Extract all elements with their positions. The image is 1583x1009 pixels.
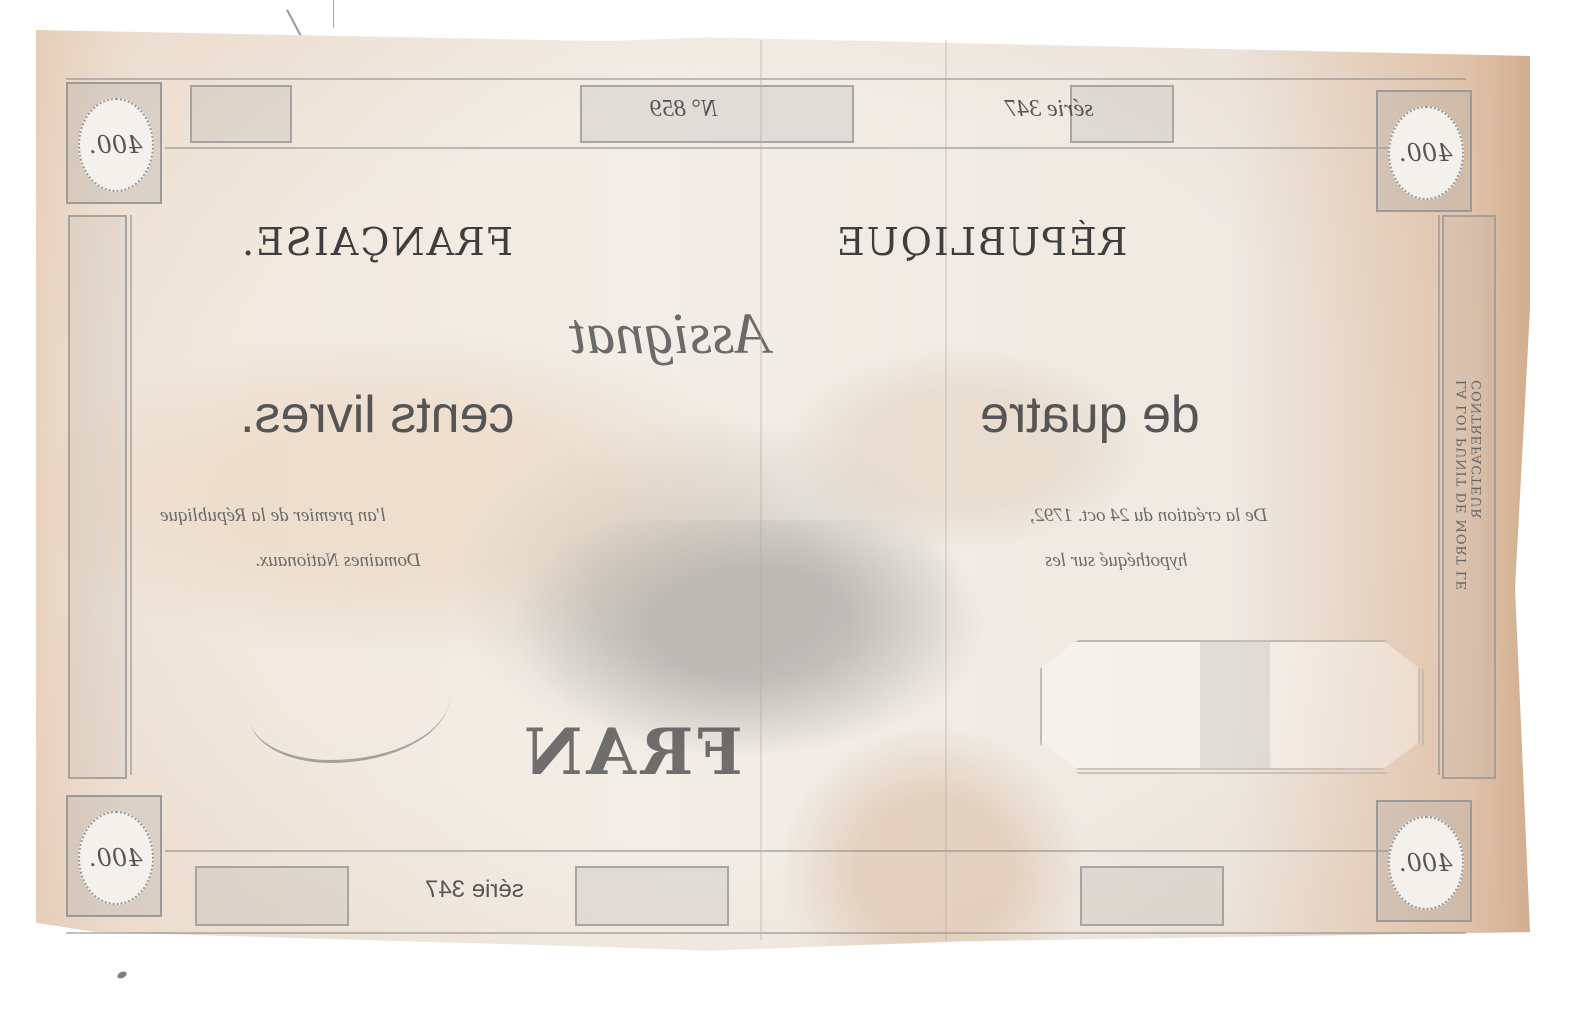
amount-text: de quatre: [980, 385, 1200, 445]
year-line-2: Domaines Nationaux.: [255, 550, 421, 572]
denomination-medallion: 400.: [1388, 106, 1464, 200]
creation-text: De la création du 24 oct. 1792,: [1030, 505, 1267, 527]
heading-word: RÉPUBLIQUE: [835, 220, 1127, 264]
script-text: Assignat: [570, 300, 770, 367]
side-inscription: LA LOI PUNIT DE MORT LE CONTREFACTEUR: [1455, 380, 1485, 720]
corner-bottom-right: 400.: [1376, 800, 1472, 922]
dry-seal-pillar: [1200, 640, 1270, 770]
top-number: N° 859: [650, 96, 718, 123]
top-serie-text: série 347: [1005, 96, 1094, 123]
bottom-serie-text: série 347: [425, 876, 524, 904]
bottom-serie: série 347: [425, 876, 524, 904]
left-side-column: [68, 215, 127, 779]
fold-line: [945, 40, 947, 940]
paper-tear-mark: [286, 9, 302, 36]
amount-text: cents livres.: [240, 385, 515, 445]
top-serie: série 347: [1005, 96, 1094, 123]
script-assignat: Assignat: [570, 300, 770, 367]
frame-top-outer: [66, 78, 1466, 80]
heading-word: FRANÇAISE.: [240, 220, 513, 264]
fold-line: [760, 40, 762, 940]
creation-text: hypothéqué sur les: [1045, 550, 1187, 572]
creation-line-1: De la création du 24 oct. 1792,: [1030, 505, 1267, 527]
paper-tear-mark: [333, 0, 334, 28]
bottom-ornament-box: [575, 866, 729, 926]
denomination-medallion: 400.: [1388, 816, 1464, 910]
heading-francaise: FRANÇAISE.: [240, 220, 513, 264]
side-inscription-text: LA LOI PUNIT DE MORT LE CONTREFACTEUR: [1455, 380, 1485, 720]
heading-republique: RÉPUBLIQUE: [835, 220, 1127, 264]
top-number-text: N° 859: [650, 96, 718, 123]
corner-bottom-left: 400.: [66, 795, 162, 917]
frame-bottom-outer: [66, 932, 1466, 934]
bottom-ornament-box: [195, 866, 349, 926]
dust-speck: [116, 970, 128, 980]
denomination-text: 400.: [1399, 139, 1452, 167]
corner-top-right: 400.: [1376, 90, 1472, 212]
year-text: l'an premier de la République: [160, 505, 386, 527]
denomination-medallion: 400.: [78, 811, 154, 905]
amount-left: cents livres.: [240, 385, 515, 445]
corner-top-left: 400.: [66, 82, 162, 204]
banknote: [36, 30, 1530, 960]
top-ornament-box: [190, 85, 292, 143]
denomination-text: 400.: [89, 844, 142, 872]
frame-left-inner: [130, 215, 132, 775]
year-text: Domaines Nationaux.: [255, 550, 421, 572]
stamp-text: FRAN: [520, 715, 743, 790]
frame-top-inner: [165, 147, 1405, 149]
denomination-text: 400.: [1399, 849, 1452, 877]
year-line-1: l'an premier de la République: [160, 505, 386, 527]
bottom-ornament-box: [1080, 866, 1224, 926]
creation-line-2: hypothéqué sur les: [1045, 550, 1187, 572]
amount-right: de quatre: [980, 385, 1200, 445]
denomination-medallion: 400.: [78, 98, 154, 192]
denomination-text: 400.: [89, 131, 142, 159]
frame-right-inner: [1438, 215, 1440, 775]
frame-bottom-inner: [165, 850, 1405, 852]
fran-stamp: FRAN: [520, 715, 743, 790]
